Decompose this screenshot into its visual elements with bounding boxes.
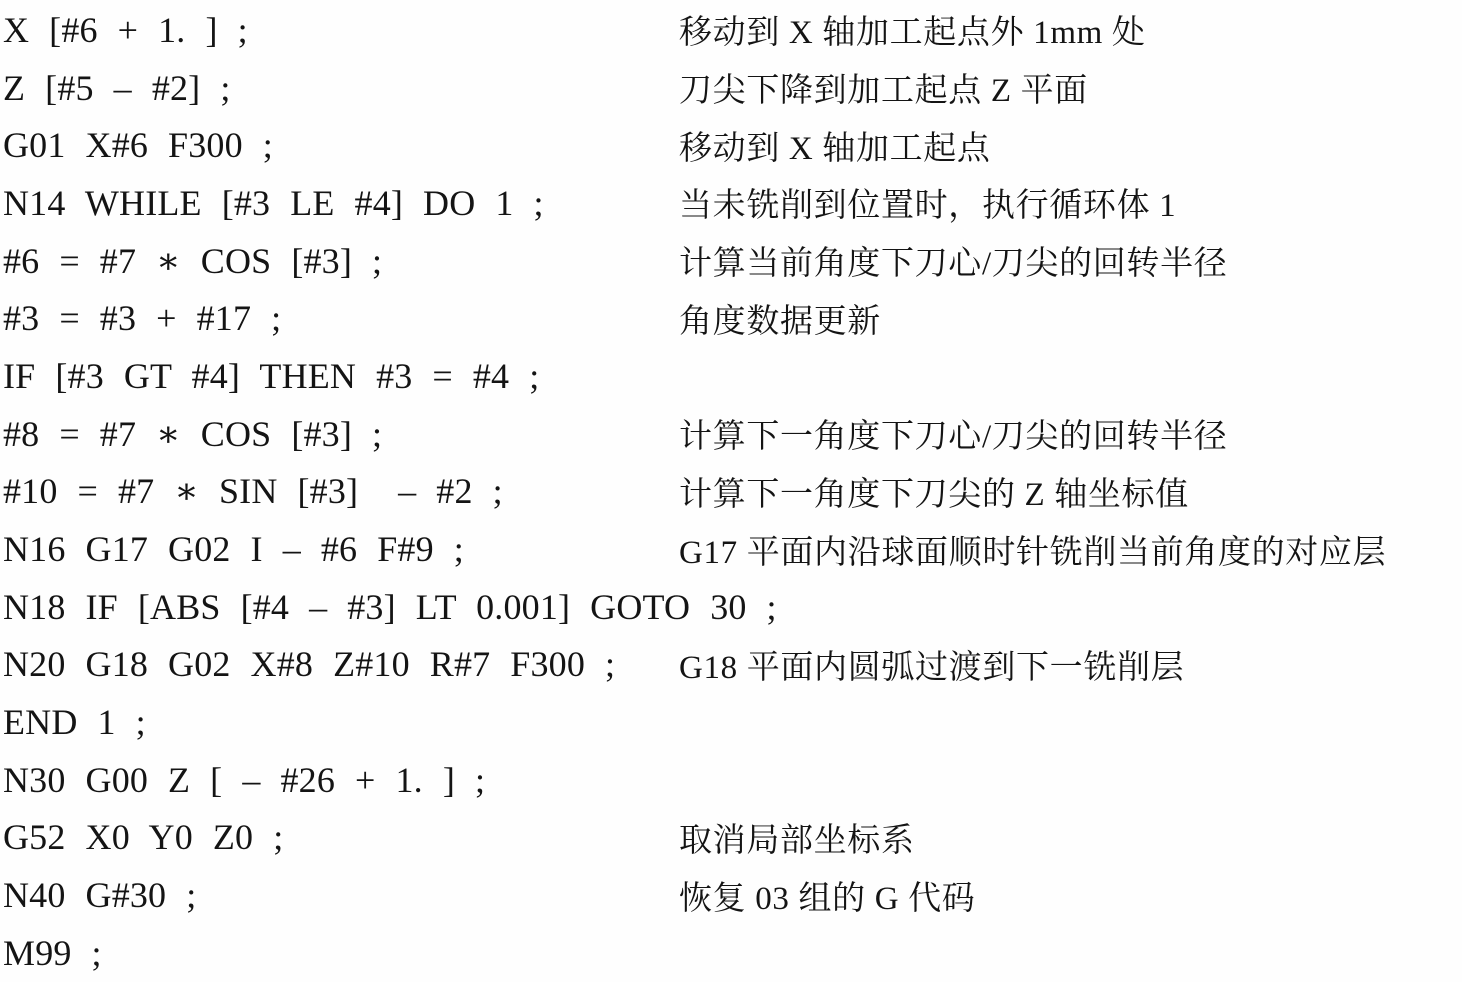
program-line: G01 X#6 F300 ; 移动到 X 轴加工起点 [0,116,1462,174]
program-line: N18 IF [ABS [#4 – #3] LT 0.001] GOTO 30 … [0,578,1462,636]
comment-text: G17 平面内沿球面顺时针铣削当前角度的对应层 [679,526,1386,573]
gcode-text: END 1 ; [3,701,679,743]
program-line: #6 = #7 ∗ COS [#3] ; 计算当前角度下刀心/刀尖的回转半径 [0,232,1462,290]
gcode-text: N16 G17 G02 I – #6 F#9 ; [3,528,679,570]
gcode-text: N30 G00 Z [ – #26 + 1. ] ; [3,759,679,801]
program-line: #3 = #3 + #17 ; 角度数据更新 [0,289,1462,347]
gcode-text: #6 = #7 ∗ COS [#3] ; [3,240,679,282]
gcode-text: G52 X0 Y0 Z0 ; [3,816,679,858]
program-line: M99 ; [0,924,1462,982]
comment-text: 取消局部坐标系 [679,814,915,861]
comment-text: 当未铣削到位置时，执行循环体 1 [679,179,1176,226]
gcode-text: N14 WHILE [#3 LE #4] DO 1 ; [3,182,679,224]
program-listing: X [#6 + 1. ] ; 移动到 X 轴加工起点外 1mm 处 Z [#5 … [0,0,1462,982]
gcode-text: #3 = #3 + #17 ; [3,297,679,339]
program-line: Z [#5 – #2] ; 刀尖下降到加工起点 Z 平面 [0,59,1462,117]
comment-text: G18 平面内圆弧过渡到下一铣削层 [679,641,1184,688]
gcode-text: G01 X#6 F300 ; [3,124,679,166]
program-line: N30 G00 Z [ – #26 + 1. ] ; [0,751,1462,809]
comment-text: 恢复 03 组的 G 代码 [679,872,975,919]
comment-text: 计算当前角度下刀心/刀尖的回转半径 [679,237,1227,284]
program-line: N14 WHILE [#3 LE #4] DO 1 ; 当未铣削到位置时，执行循… [0,174,1462,232]
gcode-text: IF [#3 GT #4] THEN #3 = #4 ; [3,355,679,397]
document-page: X [#6 + 1. ] ; 移动到 X 轴加工起点外 1mm 处 Z [#5 … [0,0,1462,982]
program-line: IF [#3 GT #4] THEN #3 = #4 ; [0,347,1462,405]
comment-text: 计算下一角度下刀尖的 Z 轴坐标值 [679,468,1189,515]
comment-text: 角度数据更新 [679,295,881,342]
gcode-text: Z [#5 – #2] ; [3,67,679,109]
gcode-text: #10 = #7 ∗ SIN [#3] – #2 ; [3,470,679,512]
program-line: N20 G18 G02 X#8 Z#10 R#7 F300 ; G18 平面内圆… [0,636,1462,694]
gcode-text: X [#6 + 1. ] ; [3,9,679,51]
program-line: #10 = #7 ∗ SIN [#3] – #2 ; 计算下一角度下刀尖的 Z … [0,463,1462,521]
comment-text: 计算下一角度下刀心/刀尖的回转半径 [679,410,1227,457]
gcode-text: M99 ; [3,932,679,974]
comment-text: 移动到 X 轴加工起点外 1mm 处 [679,6,1146,53]
gcode-text: N18 IF [ABS [#4 – #3] LT 0.001] GOTO 30 … [3,586,777,628]
program-line: N16 G17 G02 I – #6 F#9 ; G17 平面内沿球面顺时针铣削… [0,520,1462,578]
gcode-text: N40 G#30 ; [3,874,679,916]
program-line: END 1 ; [0,693,1462,751]
program-line: X [#6 + 1. ] ; 移动到 X 轴加工起点外 1mm 处 [0,1,1462,59]
program-line: G52 X0 Y0 Z0 ; 取消局部坐标系 [0,809,1462,867]
comment-text: 移动到 X 轴加工起点 [679,122,991,169]
gcode-text: N20 G18 G02 X#8 Z#10 R#7 F300 ; [3,643,679,685]
program-line: #8 = #7 ∗ COS [#3] ; 计算下一角度下刀心/刀尖的回转半径 [0,405,1462,463]
comment-text: 刀尖下降到加工起点 Z 平面 [679,64,1088,111]
gcode-text: #8 = #7 ∗ COS [#3] ; [3,413,679,455]
program-line: N40 G#30 ; 恢复 03 组的 G 代码 [0,866,1462,924]
